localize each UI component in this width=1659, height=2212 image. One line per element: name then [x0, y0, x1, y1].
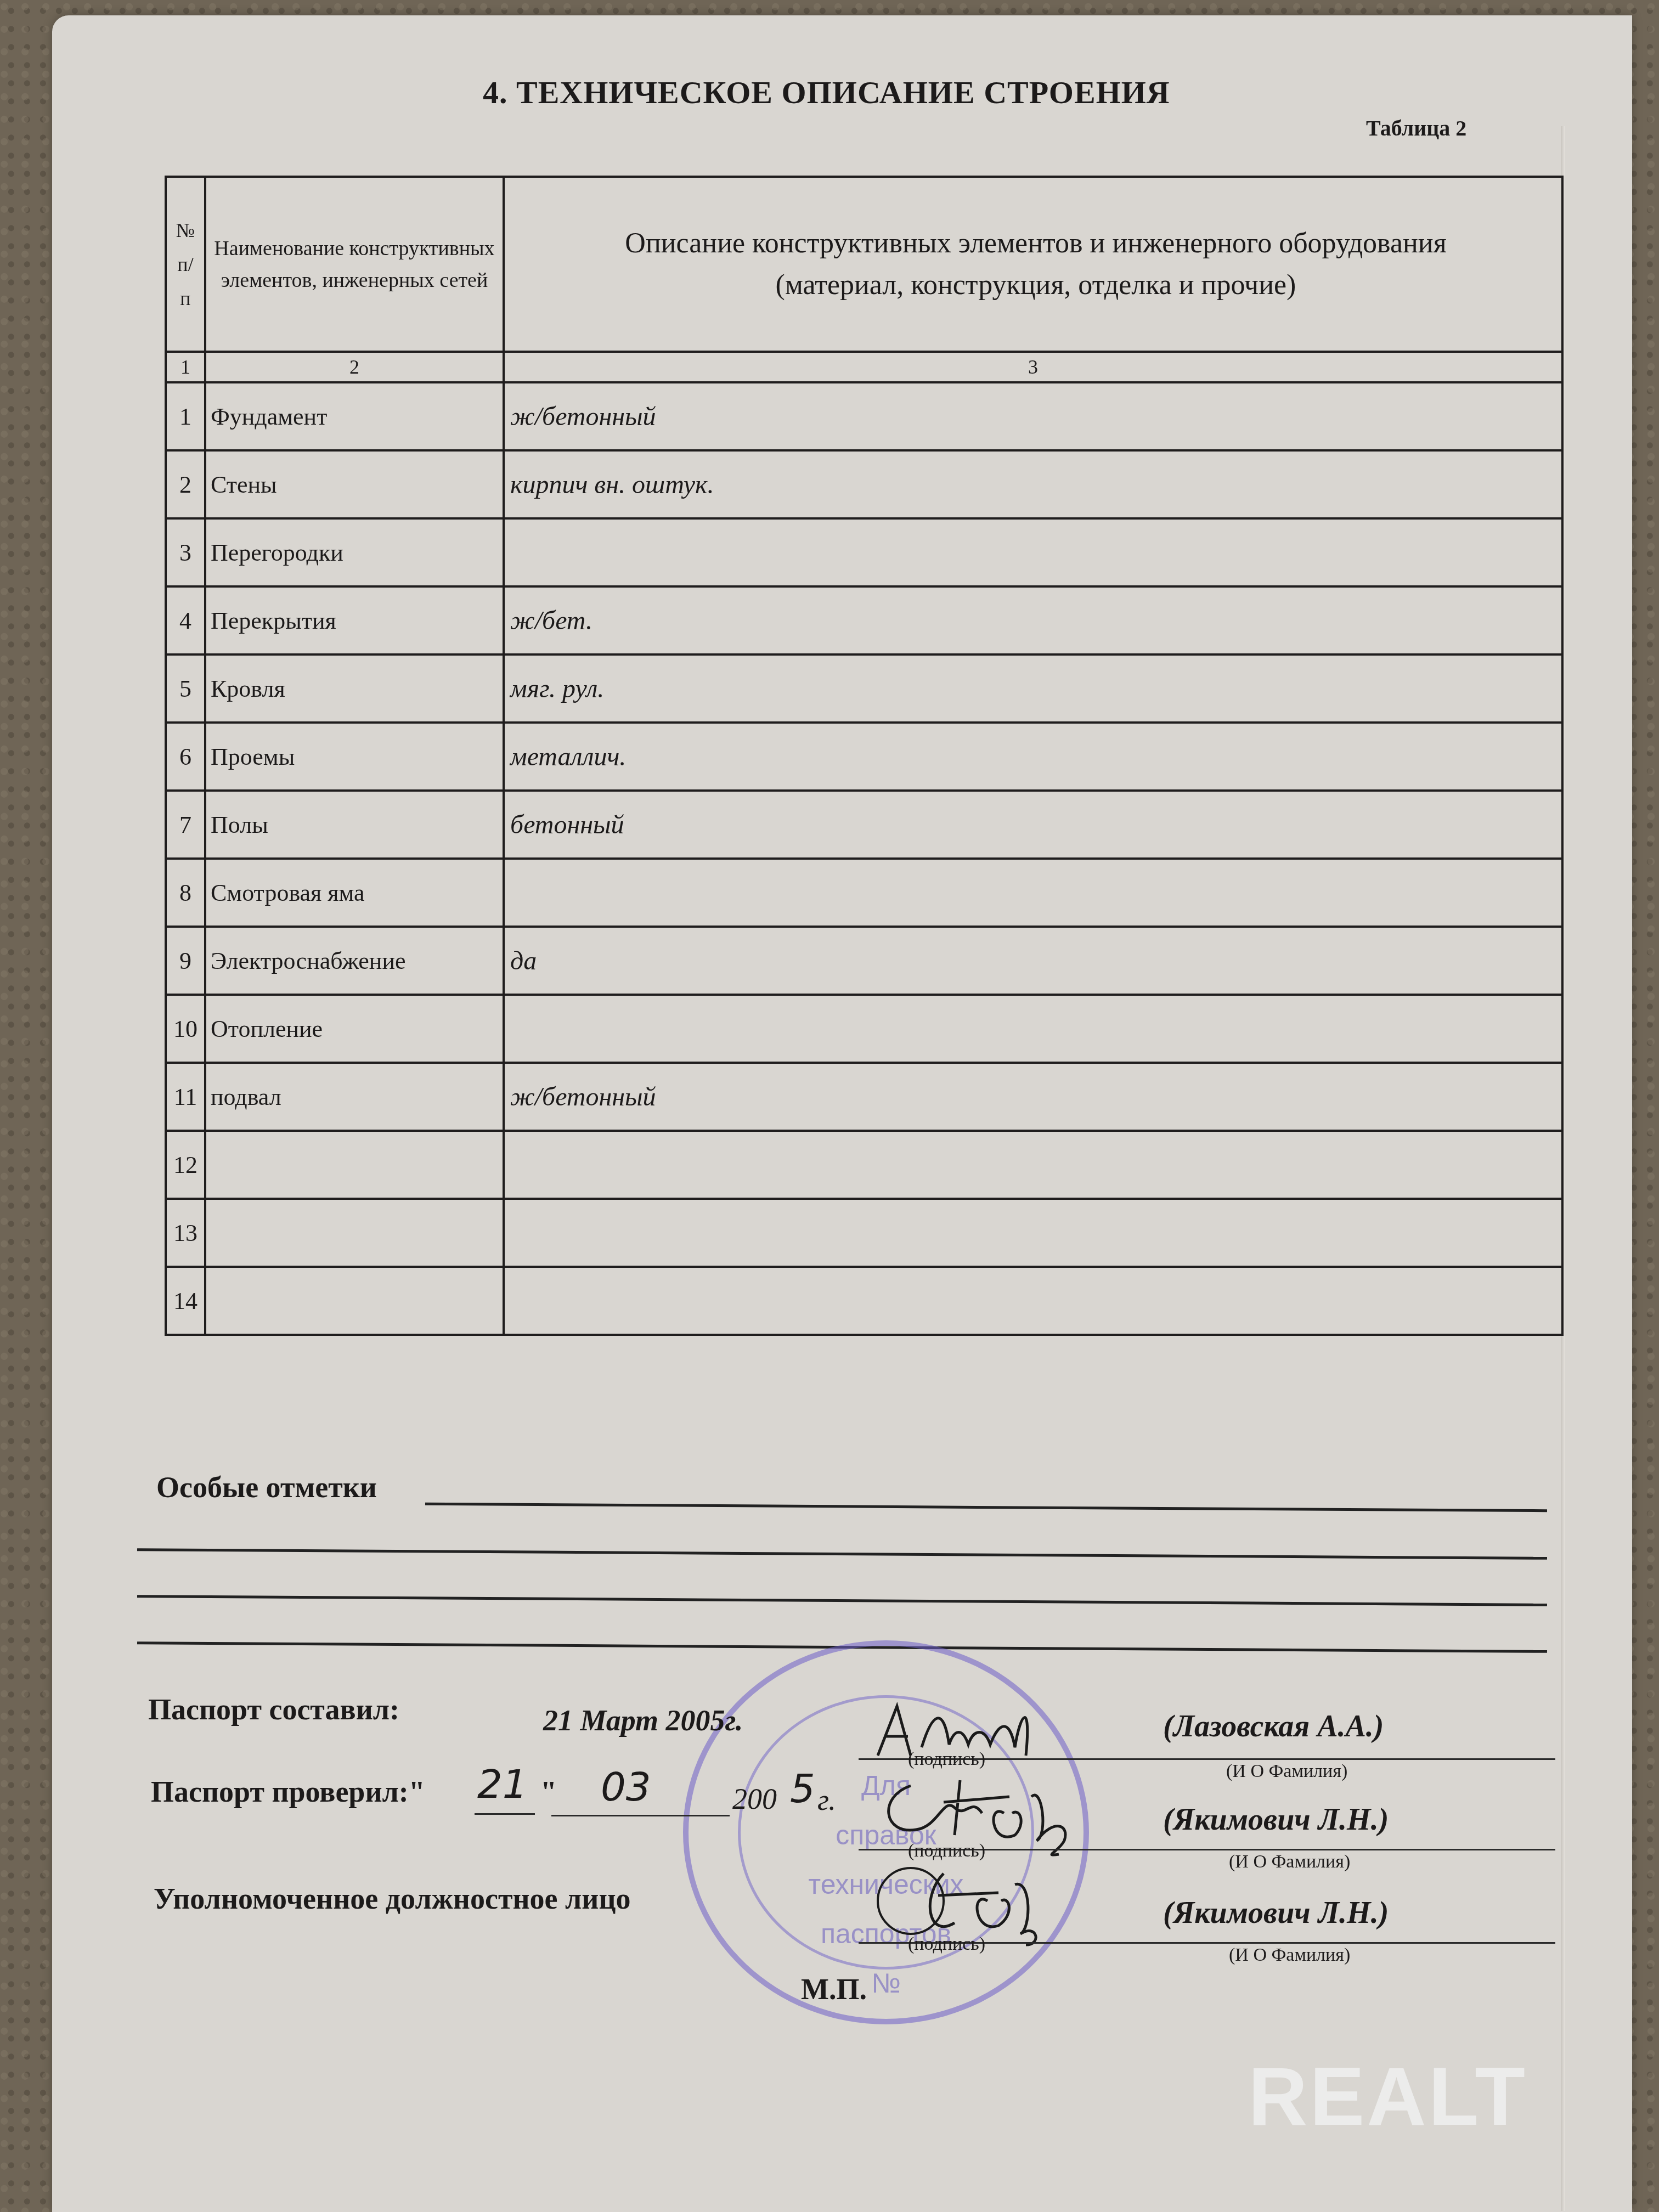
authorized-name-caption: (И О Фамилия) [1229, 1945, 1350, 1966]
seal-place-label: М.П. [801, 1972, 867, 2006]
table-row: 13 [166, 1199, 1562, 1267]
checked-name: (Якимович Л.Н.) [1163, 1802, 1389, 1837]
row-description[interactable] [504, 1131, 1562, 1199]
row-number: 9 [166, 927, 205, 995]
checked-month: 03 [601, 1764, 651, 1810]
table-row: 10Отопление [166, 995, 1562, 1063]
row-description[interactable]: металлич. [504, 723, 1562, 791]
row-element-name [205, 1267, 504, 1335]
row-number: 14 [166, 1267, 205, 1335]
checked-year-prefix: 200 [732, 1782, 777, 1816]
header-description: Описание конструктивных элементов и инже… [504, 177, 1562, 352]
table-label: Таблица 2 [1366, 115, 1466, 141]
row-description[interactable]: кирпич вн. оштук. [504, 450, 1562, 518]
row-element-name: Перекрытия [205, 586, 504, 654]
technical-description-table: № п/ п Наименование конструктивных элеме… [165, 176, 1564, 1336]
authorized-person-label: Уполномоченное должностное лицо [154, 1882, 631, 1916]
row-element-name: Перегородки [205, 518, 504, 586]
row-description[interactable]: мяг. рул. [504, 654, 1562, 723]
table-row: 12 [166, 1131, 1562, 1199]
checked-day-line[interactable] [475, 1813, 535, 1815]
row-element-name: Кровля [205, 654, 504, 723]
table-row: 8Смотровая яма [166, 859, 1562, 927]
row-number: 2 [166, 450, 205, 518]
row-number: 12 [166, 1131, 205, 1199]
table-row: 5Кровлямяг. рул. [166, 654, 1562, 723]
row-number: 8 [166, 859, 205, 927]
row-number: 3 [166, 518, 205, 586]
row-description[interactable] [504, 995, 1562, 1063]
row-element-name: Фундамент [205, 382, 504, 450]
row-description[interactable]: бетонный [504, 791, 1562, 859]
table-row: 7Полыбетонный [166, 791, 1562, 859]
authorized-signature-caption: (подпись) [908, 1934, 985, 1955]
row-element-name [205, 1131, 504, 1199]
checked-signature-caption: (подпись) [908, 1841, 985, 1861]
header-element-name: Наименование конструктивных элементов, и… [205, 177, 504, 352]
row-element-name [205, 1199, 504, 1267]
row-element-name: Электроснабжение [205, 927, 504, 995]
row-description[interactable] [504, 1267, 1562, 1335]
row-number: 13 [166, 1199, 205, 1267]
row-description[interactable]: ж/бет. [504, 586, 1562, 654]
row-element-name: Проемы [205, 723, 504, 791]
row-description[interactable]: ж/бетонный [504, 1063, 1562, 1131]
row-element-name: Отопление [205, 995, 504, 1063]
row-number: 1 [166, 382, 205, 450]
document-title: 4. ТЕХНИЧЕСКОЕ ОПИСАНИЕ СТРОЕНИЯ [483, 74, 1251, 111]
table-row: 2Стеныкирпич вн. оштук. [166, 450, 1562, 518]
compiled-name: (Лазовская А.А.) [1163, 1709, 1384, 1744]
special-notes-label: Особые отметки [156, 1470, 377, 1504]
checked-month-line[interactable] [551, 1815, 730, 1816]
row-number: 4 [166, 586, 205, 654]
checked-day: 21 [477, 1761, 528, 1807]
compiled-name-caption: (И О Фамилия) [1226, 1761, 1347, 1782]
authorized-name: (Якимович Л.Н.) [1163, 1895, 1389, 1931]
checked-quote: " [540, 1775, 557, 1809]
row-element-name: Стены [205, 450, 504, 518]
row-description[interactable] [504, 859, 1562, 927]
table-row: 14 [166, 1267, 1562, 1335]
checked-year-suffix: 5 [790, 1765, 815, 1812]
checked-year-unit: г. [817, 1783, 836, 1817]
checked-name-caption: (И О Фамилия) [1229, 1852, 1350, 1872]
table-row: 6Проемыметаллич. [166, 723, 1562, 791]
row-element-name: Смотровая яма [205, 859, 504, 927]
row-number: 11 [166, 1063, 205, 1131]
row-description[interactable] [504, 1199, 1562, 1267]
row-description[interactable]: да [504, 927, 1562, 995]
table-header-row: № п/ п Наименование конструктивных элеме… [166, 177, 1562, 352]
table-row: 11подвалж/бетонный [166, 1063, 1562, 1131]
column-number-row: 1 2 3 [166, 352, 1562, 382]
compiled-signature-caption: (подпись) [908, 1749, 985, 1770]
row-number: 6 [166, 723, 205, 791]
row-number: 10 [166, 995, 205, 1063]
compiled-by-label: Паспорт составил: [148, 1692, 399, 1726]
row-description[interactable] [504, 518, 1562, 586]
realt-watermark: REALT [1248, 2049, 1527, 2144]
table-row: 9Электроснабжениеда [166, 927, 1562, 995]
row-element-name: Полы [205, 791, 504, 859]
row-number: 7 [166, 791, 205, 859]
header-number: № п/ п [166, 177, 205, 352]
row-description[interactable]: ж/бетонный [504, 382, 1562, 450]
compiled-date: 21 Март 2005г. [543, 1703, 743, 1737]
table-row: 1Фундаментж/бетонный [166, 382, 1562, 450]
table-row: 3Перегородки [166, 518, 1562, 586]
table-row: 4Перекрытияж/бет. [166, 586, 1562, 654]
checked-by-label: Паспорт проверил:" [151, 1775, 425, 1809]
row-element-name: подвал [205, 1063, 504, 1131]
row-number: 5 [166, 654, 205, 723]
